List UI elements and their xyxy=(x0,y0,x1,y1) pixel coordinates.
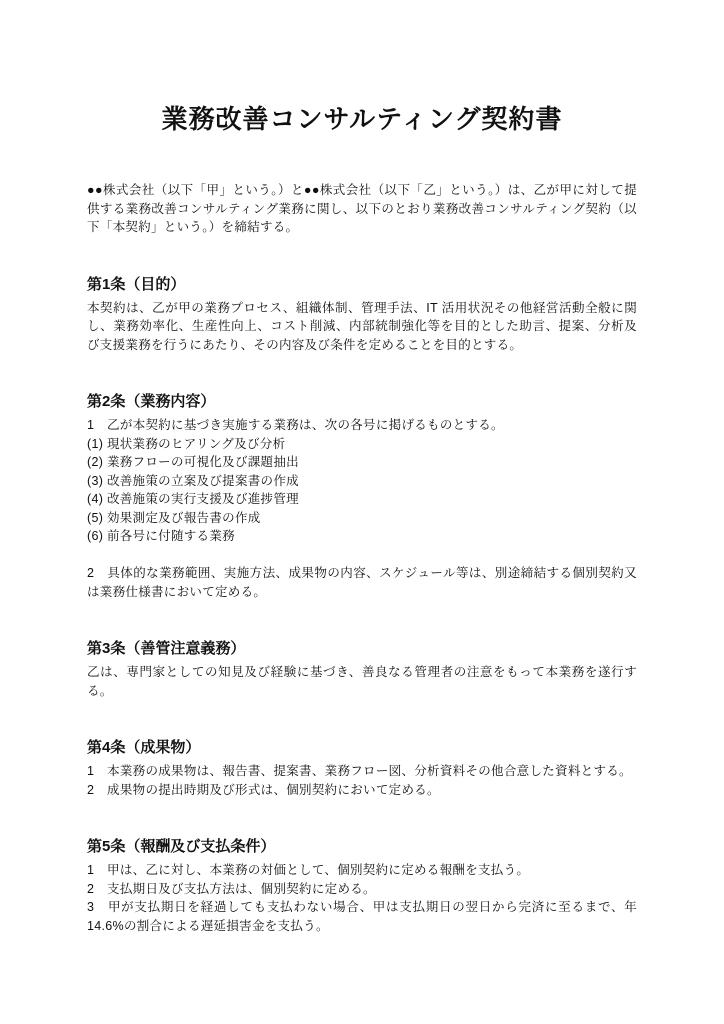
article-2-item-2: (2) 業務フローの可視化及び課題抽出 xyxy=(87,453,637,472)
article-1-heading: 第1条（目的） xyxy=(87,275,637,295)
article-4-clause-2: 2 成果物の提出時期及び形式は、個別契約において定める。 xyxy=(87,781,637,800)
article-2-item-6: (6) 前各号に付随する業務 xyxy=(87,527,637,546)
article-3-paragraph-1: 乙は、専門家としての知見及び経験に基づき、善良なる管理者の注意をもって本業務を遂… xyxy=(87,663,637,700)
article-4-heading: 第4条（成果物） xyxy=(87,738,637,758)
article-1: 第1条（目的） 本契約は、乙が甲の業務プロセス、組織体制、管理手法、IT 活用状… xyxy=(87,275,637,355)
article-4-clause-1: 1 本業務の成果物は、報告書、提案書、業務フロー図、分析資料その他合意した資料と… xyxy=(87,762,637,781)
article-4: 第4条（成果物） 1 本業務の成果物は、報告書、提案書、業務フロー図、分析資料そ… xyxy=(87,738,637,799)
intro-paragraph: ●●株式会社（以下「甲」という。）と●●株式会社（以下「乙」という。）は、乙が甲… xyxy=(87,181,637,237)
article-3-heading: 第3条（善管注意義務） xyxy=(87,639,637,659)
article-2-item-5: (5) 効果測定及び報告書の作成 xyxy=(87,509,637,528)
article-2-item-1: (1) 現状業務のヒアリング及び分析 xyxy=(87,435,637,454)
article-2-heading: 第2条（業務内容） xyxy=(87,392,637,412)
article-2-clause-1: 1 乙が本契約に基づき実施する業務は、次の各号に掲げるものとする。 xyxy=(87,416,637,435)
article-2: 第2条（業務内容） 1 乙が本契約に基づき実施する業務は、次の各号に掲げるものと… xyxy=(87,392,637,601)
article-2-clause-2: 2 具体的な業務範囲、実施方法、成果物の内容、スケジュール等は、別途締結する個別… xyxy=(87,564,637,601)
article-5: 第5条（報酬及び支払条件） 1 甲は、乙に対し、本業務の対価として、個別契約に定… xyxy=(87,837,637,935)
document-page: 業務改善コンサルティング契約書 ●●株式会社（以下「甲」という。）と●●株式会社… xyxy=(0,0,724,1024)
article-2-item-3: (3) 改善施策の立案及び提案書の作成 xyxy=(87,472,637,491)
article-5-clause-3: 3 甲が支払期日を経過しても支払わない場合、甲は支払期日の翌日から完済に至るまで… xyxy=(87,898,637,935)
article-2-item-4: (4) 改善施策の実行支援及び進捗管理 xyxy=(87,490,637,509)
article-3: 第3条（善管注意義務） 乙は、専門家としての知見及び経験に基づき、善良なる管理者… xyxy=(87,639,637,700)
article-5-clause-1: 1 甲は、乙に対し、本業務の対価として、個別契約に定める報酬を支払う。 xyxy=(87,861,637,880)
article-1-paragraph-1: 本契約は、乙が甲の業務プロセス、組織体制、管理手法、IT 活用状況その他経営活動… xyxy=(87,299,637,355)
article-5-heading: 第5条（報酬及び支払条件） xyxy=(87,837,637,857)
document-title: 業務改善コンサルティング契約書 xyxy=(87,103,637,135)
article-5-clause-2: 2 支払期日及び支払方法は、個別契約に定める。 xyxy=(87,880,637,899)
